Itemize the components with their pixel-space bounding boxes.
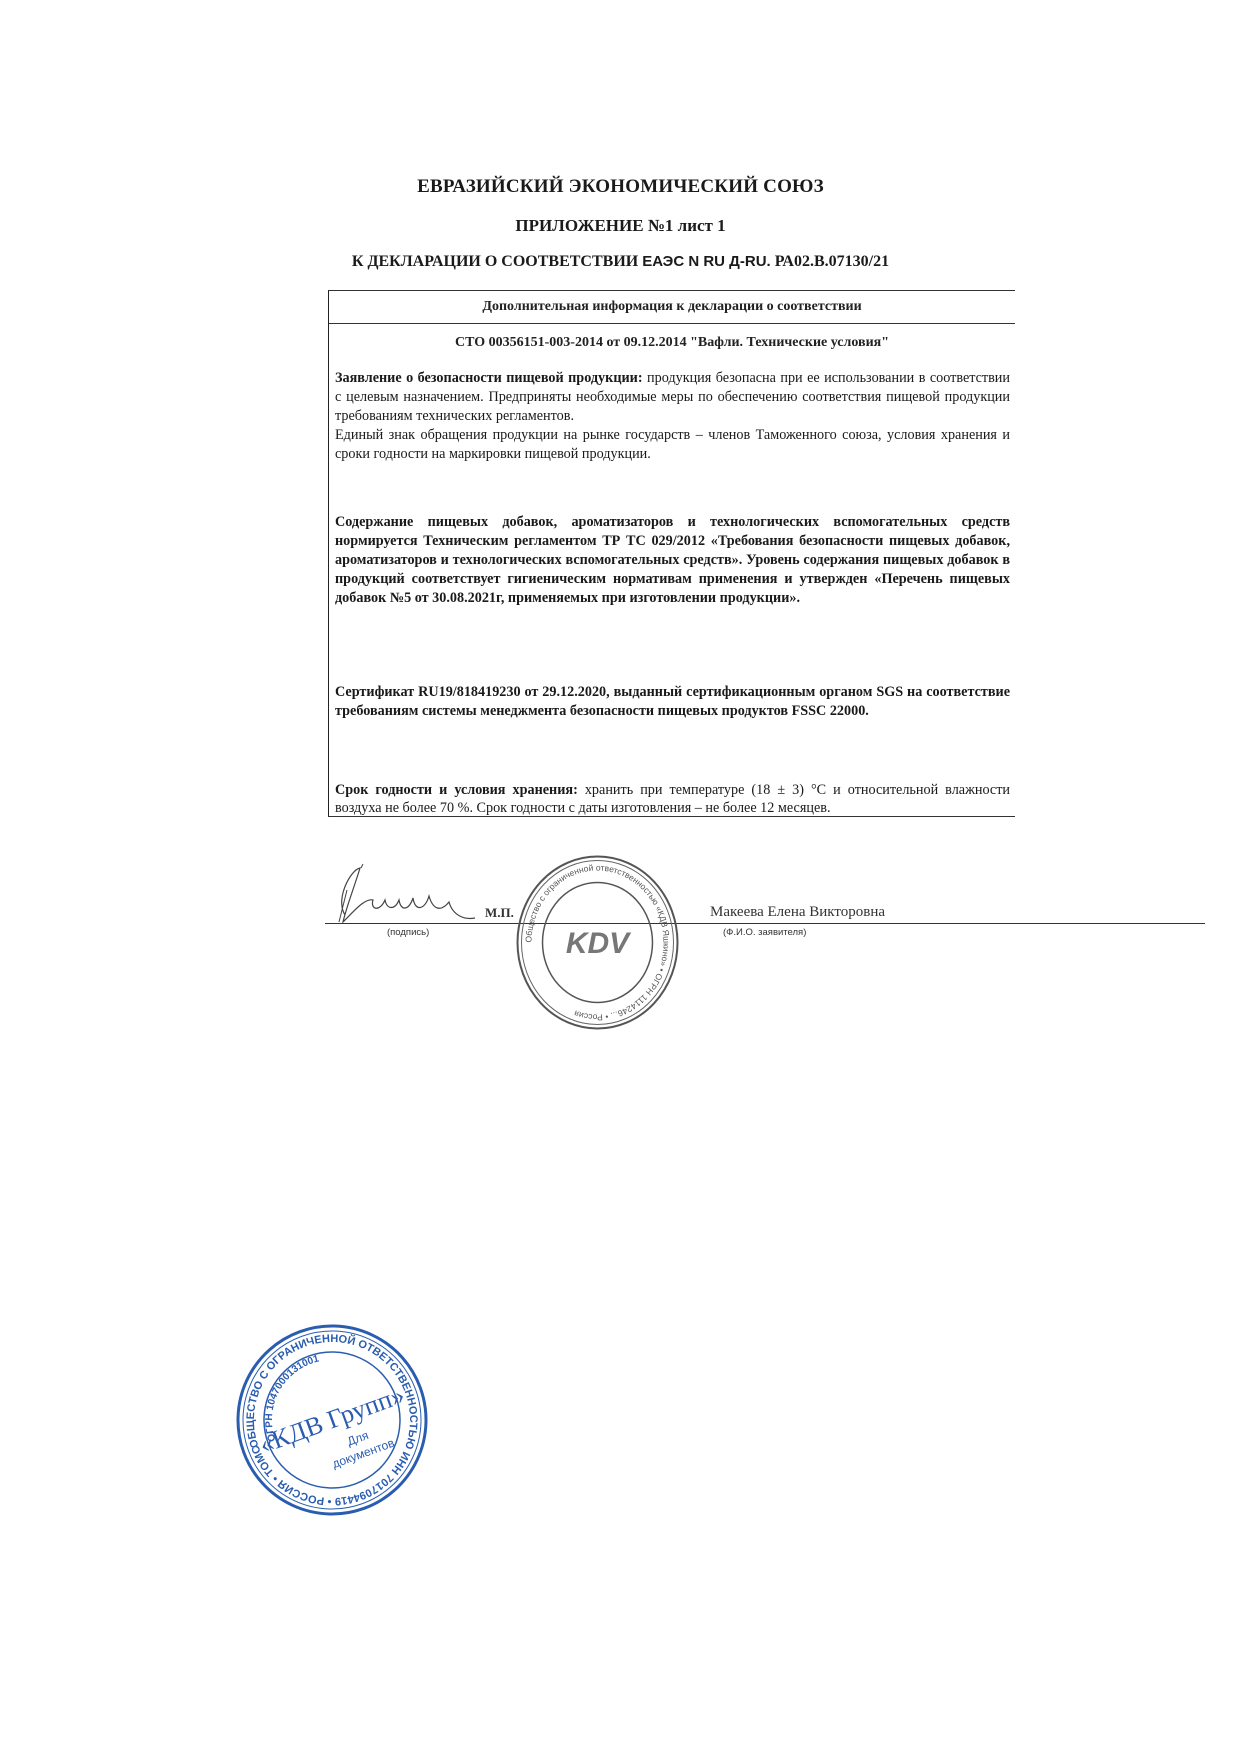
table-divider	[329, 323, 1015, 324]
declaration-number-serif: РА02.В.07130/21	[771, 253, 889, 270]
safety-label: Заявление о безопасности пищевой продукц…	[335, 370, 643, 386]
storage-label: Срок годности и условия хранения:	[335, 782, 578, 798]
additional-info-table: Дополнительная информация к декларации о…	[328, 290, 1015, 817]
signature-caption: (подпись)	[387, 927, 429, 938]
marking-text: Единый знак обращения продукции на рынке…	[335, 427, 1010, 462]
certificate-statement: Сертификат RU19/818419230 от 29.12.2020,…	[335, 683, 1010, 721]
additives-statement: Содержание пищевых добавок, ароматизатор…	[335, 513, 1010, 608]
company-seal-blue: ОБЩЕСТВО С ОГРАНИЧЕННОЙ ОТВЕТСТВЕННОСТЬЮ…	[232, 1320, 432, 1520]
applicant-caption: (Ф.И.О. заявителя)	[723, 927, 806, 938]
table-title: Дополнительная информация к декларации о…	[329, 299, 1015, 315]
declaration-prefix: К ДЕКЛАРАЦИИ О СООТВЕТСТВИИ	[352, 253, 642, 270]
safety-statement: Заявление о безопасности пищевой продукц…	[335, 369, 1010, 464]
gray-seal-logo: KDV	[566, 927, 632, 960]
declaration-number-sans: ЕАЭС N RU Д-RU.	[642, 253, 770, 270]
union-title: ЕВРАЗИЙСКИЙ ЭКОНОМИЧЕСКИЙ СОЮЗ	[0, 176, 1241, 198]
standard-reference: СТО 00356151-003-2014 от 09.12.2014 "Ваф…	[329, 335, 1015, 351]
signature-line	[325, 923, 525, 924]
declaration-title: К ДЕКЛАРАЦИИ О СООТВЕТСТВИИ ЕАЭС N RU Д-…	[0, 253, 1241, 271]
appendix-title: ПРИЛОЖЕНИЕ №1 лист 1	[0, 216, 1241, 236]
applicant-name: Макеева Елена Викторовна	[710, 904, 885, 921]
handwritten-signature	[325, 860, 485, 930]
company-seal-gray: Общество с ограниченной ответственностью…	[510, 855, 685, 1030]
storage-statement: Срок годности и условия хранения: хранит…	[335, 781, 1010, 817]
